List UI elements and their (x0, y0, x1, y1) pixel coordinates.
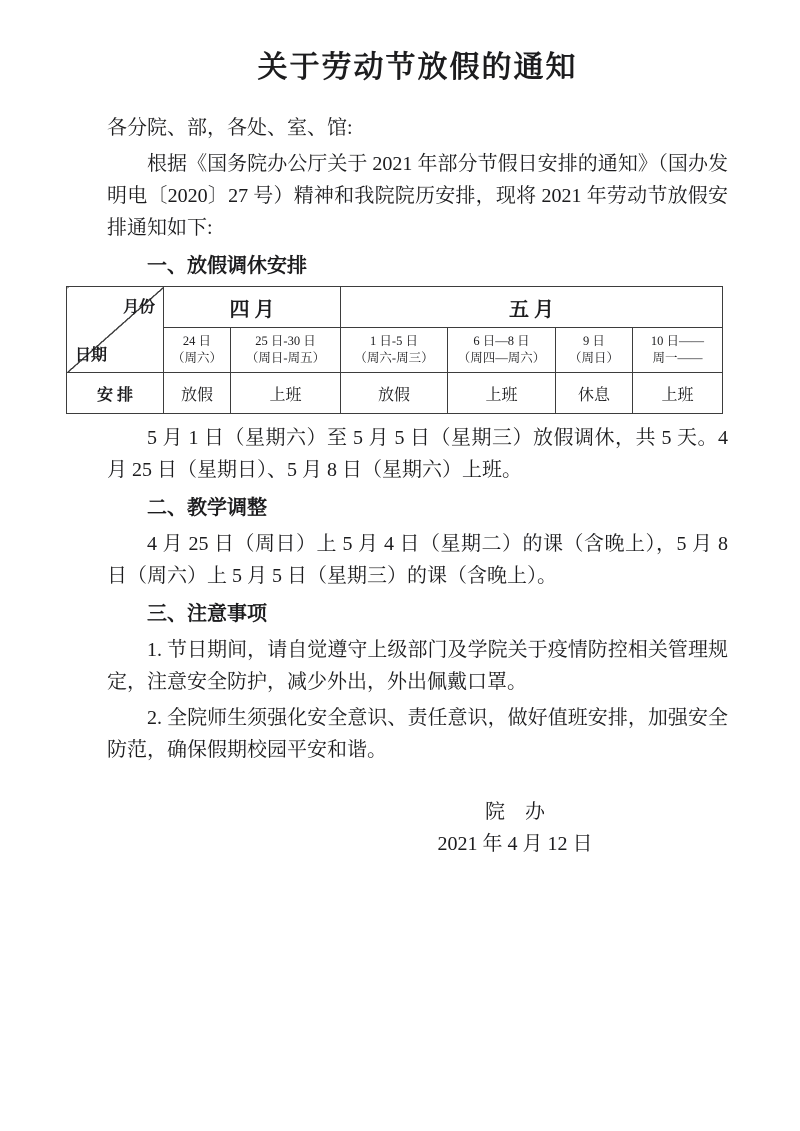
section-3-note-1: 1. 节日期间，请自觉遵守上级部门及学院关于疫情防控相关管理规定，注意安全防护，… (107, 634, 728, 698)
date-cell: 1 日-5 日 （周六-周三） (341, 328, 448, 373)
weekday-range: （周日） (556, 350, 632, 367)
salutation-line: 各分院、部，各处、室、馆: (107, 112, 728, 144)
arrangement-cell: 上班 (448, 373, 556, 414)
weekday-range: 周一—— (633, 350, 722, 367)
corner-label-date: 日期 (75, 342, 107, 365)
weekday-range: （周六） (164, 350, 230, 367)
arrangement-cell: 放假 (341, 373, 448, 414)
date-cell: 25 日-30 日 （周日-周五） (231, 328, 341, 373)
weekday-range: （周四—周六） (448, 350, 555, 367)
date-cell: 24 日 （周六） (164, 328, 231, 373)
month-header-may: 五 月 (341, 287, 723, 328)
date-range: 9 日 (556, 333, 632, 350)
date-cell: 9 日 （周日） (556, 328, 633, 373)
month-header-april: 四 月 (164, 287, 341, 328)
section-2-heading: 二、教学调整 (107, 492, 728, 524)
weekday-range: （周日-周五） (231, 350, 340, 367)
arrangement-cell: 休息 (556, 373, 633, 414)
notice-document-page: 关于劳动节放假的通知 各分院、部，各处、室、馆: 根据《国务院办公厅关于 202… (0, 0, 800, 1131)
date-cell: 6 日—8 日 （周四—周六） (448, 328, 556, 373)
date-cell: 10 日—— 周一—— (633, 328, 723, 373)
weekday-range: （周六-周三） (341, 350, 447, 367)
date-range: 24 日 (164, 333, 230, 350)
section-3-heading: 三、注意事项 (107, 598, 728, 630)
signature-date: 2021 年 4 月 12 日 (400, 828, 630, 860)
arrangement-cell: 上班 (231, 373, 341, 414)
holiday-schedule-table: 月份 日期 四 月 五 月 24 日 （周六） 25 日-30 日 （周日-周五… (66, 286, 723, 414)
table-corner-cell: 月份 日期 (67, 287, 164, 373)
section-1-paragraph: 5 月 1 日（星期六）至 5 月 5 日（星期三）放假调休，共 5 天。4 月… (107, 422, 728, 486)
document-title: 关于劳动节放假的通知 (107, 46, 728, 90)
date-range: 1 日-5 日 (341, 333, 447, 350)
section-2-paragraph: 4 月 25 日（周日）上 5 月 4 日（星期二）的课（含晚上），5 月 8 … (107, 528, 728, 592)
section-1-heading: 一、放假调休安排 (107, 250, 728, 282)
date-range: 10 日—— (633, 333, 722, 350)
section-3-note-2: 2. 全院师生须强化安全意识、责任意识，做好值班安排，加强安全防范，确保假期校园… (107, 702, 728, 766)
arrangement-cell: 放假 (164, 373, 231, 414)
date-range: 25 日-30 日 (231, 333, 340, 350)
signature-block: 院 办 2021 年 4 月 12 日 (400, 796, 630, 860)
corner-label-month: 月份 (123, 294, 155, 317)
signature-org: 院 办 (400, 796, 630, 828)
arrangement-row-label: 安 排 (67, 373, 164, 414)
date-range: 6 日—8 日 (448, 333, 555, 350)
arrangement-cell: 上班 (633, 373, 723, 414)
intro-paragraph: 根据《国务院办公厅关于 2021 年部分节假日安排的通知》（国办发明电〔2020… (107, 148, 728, 244)
